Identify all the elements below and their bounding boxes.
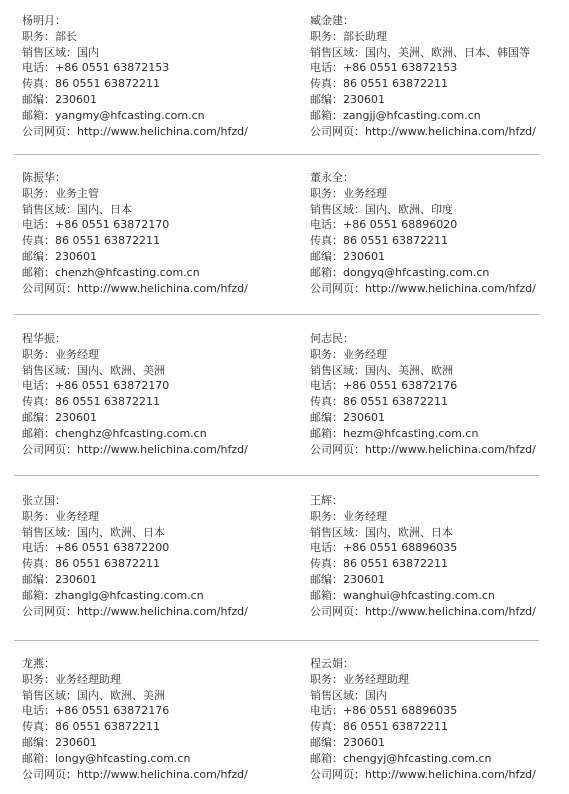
contact-fax-line: 传真：86 0551 63872211 <box>22 394 248 410</box>
title-value: 业务经理助理 <box>55 673 121 686</box>
postcode-value: 230601 <box>343 736 385 749</box>
fax-value: 86 0551 63872211 <box>343 395 448 408</box>
postcode-value: 230601 <box>343 411 385 424</box>
contact-postcode-line: 邮编：230601 <box>22 249 248 265</box>
divider <box>14 314 539 315</box>
divider <box>14 640 539 641</box>
phone-value: +86 0551 63872170 <box>55 379 169 392</box>
divider <box>14 154 539 155</box>
contact-postcode-line: 邮编：230601 <box>22 92 248 108</box>
website-label: 公司网页： <box>310 605 365 618</box>
title-label: 职务： <box>22 348 55 361</box>
contact-region-line: 销售区域：国内、欧洲、日本 <box>310 525 536 541</box>
contact-website-line: 公司网页：http://www.helichina.com/hfzd/ <box>22 604 248 620</box>
contact-card: 杨明月： 职务：部长 销售区域：国内 电话：+86 0551 63872153 … <box>22 13 248 139</box>
fax-value: 86 0551 63872211 <box>55 557 160 570</box>
email-label: 邮箱： <box>310 266 343 279</box>
contact-region-line: 销售区域：国内、欧洲、日本 <box>22 525 248 541</box>
fax-label: 传真： <box>310 720 343 733</box>
email-label: 邮箱： <box>310 589 343 602</box>
fax-value: 86 0551 63872211 <box>55 720 160 733</box>
contact-region-line: 销售区域：国内、欧洲、美洲 <box>22 688 248 704</box>
postcode-value: 230601 <box>55 736 97 749</box>
contact-postcode-line: 邮编：230601 <box>22 572 248 588</box>
region-value: 国内 <box>77 46 99 59</box>
phone-label: 电话： <box>310 704 343 717</box>
title-label: 职务： <box>22 187 55 200</box>
contact-phone-line: 电话：+86 0551 68896035 <box>310 540 536 556</box>
website-link[interactable]: http://www.helichina.com/hfzd/ <box>77 443 248 456</box>
email-label: 邮箱： <box>22 109 55 122</box>
email-value[interactable]: zhanglg@hfcasting.com.cn <box>55 589 204 602</box>
contact-email-line: 邮箱：zhanglg@hfcasting.com.cn <box>22 588 248 604</box>
email-label: 邮箱： <box>22 427 55 440</box>
website-link[interactable]: http://www.helichina.com/hfzd/ <box>77 125 248 138</box>
contact-fax-line: 传真：86 0551 63872211 <box>310 233 536 249</box>
email-label: 邮箱： <box>22 266 55 279</box>
phone-label: 电话： <box>22 61 55 74</box>
contact-title-line: 职务：业务经理 <box>22 509 248 525</box>
contact-name: 杨明月： <box>22 13 248 29</box>
contact-card: 程云娟： 职务：业务经理助理 销售区域：国内 电话：+86 0551 68896… <box>310 656 536 782</box>
email-value[interactable]: zangjj@hfcasting.com.cn <box>343 109 481 122</box>
postcode-label: 邮编： <box>310 250 343 263</box>
phone-label: 电话： <box>22 218 55 231</box>
website-label: 公司网页： <box>22 605 77 618</box>
contact-name: 臧金建： <box>310 13 536 29</box>
title-label: 职务： <box>310 673 343 686</box>
fax-value: 86 0551 63872211 <box>55 395 160 408</box>
region-value: 国内、日本 <box>77 203 132 216</box>
contact-website-line: 公司网页：http://www.helichina.com/hfzd/ <box>310 281 536 297</box>
email-value[interactable]: chengyj@hfcasting.com.cn <box>343 752 492 765</box>
phone-value: +86 0551 68896035 <box>343 541 457 554</box>
title-value: 业务经理 <box>55 510 99 523</box>
website-link[interactable]: http://www.helichina.com/hfzd/ <box>365 768 536 781</box>
contact-card: 龙燕： 职务：业务经理助理 销售区域：国内、欧洲、美洲 电话：+86 0551 … <box>22 656 248 782</box>
region-label: 销售区域： <box>310 203 365 216</box>
contact-region-line: 销售区域：国内、日本 <box>22 202 248 218</box>
contact-name: 张立国： <box>22 493 248 509</box>
fax-value: 86 0551 63872211 <box>343 77 448 90</box>
contact-email-line: 邮箱：chengyj@hfcasting.com.cn <box>310 751 536 767</box>
region-label: 销售区域： <box>22 46 77 59</box>
contact-name: 程云娟： <box>310 656 536 672</box>
contact-title-line: 职务：业务经理 <box>310 509 536 525</box>
region-value: 国内、欧洲、美洲 <box>77 689 165 702</box>
contact-title-line: 职务：部长 <box>22 29 248 45</box>
contact-title-line: 职务：部长助理 <box>310 29 536 45</box>
phone-value: +86 0551 68896035 <box>343 704 457 717</box>
title-value: 业务主管 <box>55 187 99 200</box>
postcode-value: 230601 <box>55 250 97 263</box>
phone-value: +86 0551 63872153 <box>55 61 169 74</box>
fax-value: 86 0551 63872211 <box>55 77 160 90</box>
website-label: 公司网页： <box>22 282 77 295</box>
phone-label: 电话： <box>310 218 343 231</box>
title-value: 业务经理 <box>55 348 99 361</box>
fax-label: 传真： <box>310 557 343 570</box>
phone-value: +86 0551 63872170 <box>55 218 169 231</box>
contact-email-line: 邮箱：chenghz@hfcasting.com.cn <box>22 426 248 442</box>
phone-label: 电话： <box>310 379 343 392</box>
region-label: 销售区域： <box>310 689 365 702</box>
website-link[interactable]: http://www.helichina.com/hfzd/ <box>77 282 248 295</box>
contact-phone-line: 电话：+86 0551 63872170 <box>22 378 248 394</box>
fax-value: 86 0551 63872211 <box>55 234 160 247</box>
phone-value: +86 0551 68896020 <box>343 218 457 231</box>
contact-fax-line: 传真：86 0551 63872211 <box>22 76 248 92</box>
fax-value: 86 0551 63872211 <box>343 234 448 247</box>
region-label: 销售区域： <box>22 203 77 216</box>
contact-website-line: 公司网页：http://www.helichina.com/hfzd/ <box>22 124 248 140</box>
contact-website-line: 公司网页：http://www.helichina.com/hfzd/ <box>310 604 536 620</box>
title-value: 业务经理助理 <box>343 673 409 686</box>
contact-card: 臧金建： 职务：部长助理 销售区域：国内、美洲、欧洲、日本、韩国等 电话：+86… <box>310 13 536 139</box>
postcode-label: 邮编： <box>22 250 55 263</box>
contact-region-line: 销售区域：国内 <box>310 688 536 704</box>
website-label: 公司网页： <box>22 125 77 138</box>
contact-email-line: 邮箱：wanghui@hfcasting.com.cn <box>310 588 536 604</box>
contact-email-line: 邮箱：dongyq@hfcasting.com.cn <box>310 265 536 281</box>
website-label: 公司网页： <box>310 768 365 781</box>
contact-region-line: 销售区域：国内、美洲、欧洲 <box>310 363 536 379</box>
email-value[interactable]: dongyq@hfcasting.com.cn <box>343 266 489 279</box>
region-value: 国内、欧洲、美洲 <box>77 364 165 377</box>
fax-label: 传真： <box>22 234 55 247</box>
contact-website-line: 公司网页：http://www.helichina.com/hfzd/ <box>22 281 248 297</box>
contact-phone-line: 电话：+86 0551 68896020 <box>310 217 536 233</box>
website-link[interactable]: http://www.helichina.com/hfzd/ <box>77 768 248 781</box>
postcode-value: 230601 <box>55 573 97 586</box>
email-value[interactable]: chenzh@hfcasting.com.cn <box>55 266 200 279</box>
contact-postcode-line: 邮编：230601 <box>310 249 536 265</box>
contact-name: 何志民： <box>310 331 536 347</box>
website-link[interactable]: http://www.helichina.com/hfzd/ <box>365 125 536 138</box>
region-value: 国内、欧洲、日本 <box>77 526 165 539</box>
title-label: 职务： <box>22 30 55 43</box>
contact-title-line: 职务：业务经理 <box>22 347 248 363</box>
phone-label: 电话： <box>310 61 343 74</box>
title-label: 职务： <box>310 30 343 43</box>
contact-email-line: 邮箱：zangjj@hfcasting.com.cn <box>310 108 536 124</box>
region-value: 国内、欧洲、日本 <box>365 526 453 539</box>
contact-email-line: 邮箱：yangmy@hfcasting.com.cn <box>22 108 248 124</box>
title-value: 部长 <box>55 30 77 43</box>
title-label: 职务： <box>22 510 55 523</box>
postcode-label: 邮编： <box>22 411 55 424</box>
website-label: 公司网页： <box>22 443 77 456</box>
postcode-value: 230601 <box>343 93 385 106</box>
region-value: 国内、美洲、欧洲 <box>365 364 453 377</box>
contact-fax-line: 传真：86 0551 63872211 <box>22 233 248 249</box>
fax-label: 传真： <box>22 77 55 90</box>
region-label: 销售区域： <box>22 689 77 702</box>
postcode-value: 230601 <box>55 93 97 106</box>
phone-label: 电话： <box>22 704 55 717</box>
phone-label: 电话： <box>22 379 55 392</box>
contact-postcode-line: 邮编：230601 <box>310 410 536 426</box>
postcode-label: 邮编： <box>310 411 343 424</box>
contact-phone-line: 电话：+86 0551 63872176 <box>22 703 248 719</box>
postcode-label: 邮编： <box>22 573 55 586</box>
title-value: 业务经理 <box>343 187 387 200</box>
contact-fax-line: 传真：86 0551 63872211 <box>310 719 536 735</box>
contact-title-line: 职务：业务经理助理 <box>22 672 248 688</box>
fax-label: 传真： <box>22 557 55 570</box>
contact-phone-line: 电话：+86 0551 63872200 <box>22 540 248 556</box>
contact-postcode-line: 邮编：230601 <box>310 92 536 108</box>
postcode-value: 230601 <box>343 573 385 586</box>
region-value: 国内、欧洲、印度 <box>365 203 453 216</box>
fax-label: 传真： <box>310 77 343 90</box>
phone-value: +86 0551 63872153 <box>343 61 457 74</box>
website-label: 公司网页： <box>22 768 77 781</box>
region-value: 国内 <box>365 689 387 702</box>
contact-phone-line: 电话：+86 0551 63872176 <box>310 378 536 394</box>
title-label: 职务： <box>22 673 55 686</box>
email-value[interactable]: wanghui@hfcasting.com.cn <box>343 589 495 602</box>
contact-name: 王辉： <box>310 493 536 509</box>
website-label: 公司网页： <box>310 443 365 456</box>
title-label: 职务： <box>310 510 343 523</box>
contact-email-line: 邮箱：chenzh@hfcasting.com.cn <box>22 265 248 281</box>
region-label: 销售区域： <box>310 364 365 377</box>
website-label: 公司网页： <box>310 125 365 138</box>
divider <box>14 475 539 476</box>
contact-postcode-line: 邮编：230601 <box>310 572 536 588</box>
phone-value: +86 0551 63872176 <box>55 704 169 717</box>
website-link[interactable]: http://www.helichina.com/hfzd/ <box>365 282 536 295</box>
contact-region-line: 销售区域：国内 <box>22 45 248 61</box>
fax-label: 传真： <box>22 720 55 733</box>
contact-region-line: 销售区域：国内、欧洲、美洲 <box>22 363 248 379</box>
postcode-value: 230601 <box>55 411 97 424</box>
contact-name: 董永全： <box>310 170 536 186</box>
title-value: 部长助理 <box>343 30 387 43</box>
fax-label: 传真： <box>22 395 55 408</box>
postcode-label: 邮编： <box>310 573 343 586</box>
contact-website-line: 公司网页：http://www.helichina.com/hfzd/ <box>22 442 248 458</box>
email-value[interactable]: yangmy@hfcasting.com.cn <box>55 109 205 122</box>
phone-value: +86 0551 63872176 <box>343 379 457 392</box>
contact-phone-line: 电话：+86 0551 68896035 <box>310 703 536 719</box>
contact-website-line: 公司网页：http://www.helichina.com/hfzd/ <box>310 442 536 458</box>
postcode-label: 邮编： <box>22 93 55 106</box>
title-value: 业务经理 <box>343 510 387 523</box>
contact-fax-line: 传真：86 0551 63872211 <box>22 556 248 572</box>
contact-card: 张立国： 职务：业务经理 销售区域：国内、欧洲、日本 电话：+86 0551 6… <box>22 493 248 619</box>
contact-name: 龙燕： <box>22 656 248 672</box>
fax-value: 86 0551 63872211 <box>343 557 448 570</box>
contact-website-line: 公司网页：http://www.helichina.com/hfzd/ <box>310 767 536 783</box>
title-label: 职务： <box>310 187 343 200</box>
contact-postcode-line: 邮编：230601 <box>22 410 248 426</box>
contact-phone-line: 电话：+86 0551 63872170 <box>22 217 248 233</box>
contact-fax-line: 传真：86 0551 63872211 <box>310 394 536 410</box>
website-link[interactable]: http://www.helichina.com/hfzd/ <box>77 605 248 618</box>
contact-postcode-line: 邮编：230601 <box>310 735 536 751</box>
contact-title-line: 职务：业务经理助理 <box>310 672 536 688</box>
email-label: 邮箱： <box>310 427 343 440</box>
fax-value: 86 0551 63872211 <box>343 720 448 733</box>
phone-label: 电话： <box>310 541 343 554</box>
contact-region-line: 销售区域：国内、美洲、欧洲、日本、韩国等 <box>310 45 536 61</box>
contact-title-line: 职务：业务主管 <box>22 186 248 202</box>
contact-card: 董永全： 职务：业务经理 销售区域：国内、欧洲、印度 电话：+86 0551 6… <box>310 170 536 296</box>
region-label: 销售区域： <box>22 364 77 377</box>
contact-phone-line: 电话：+86 0551 63872153 <box>22 60 248 76</box>
contact-card: 陈振华： 职务：业务主管 销售区域：国内、日本 电话：+86 0551 6387… <box>22 170 248 296</box>
contact-title-line: 职务：业务经理 <box>310 186 536 202</box>
website-link[interactable]: http://www.helichina.com/hfzd/ <box>365 605 536 618</box>
contact-region-line: 销售区域：国内、欧洲、印度 <box>310 202 536 218</box>
contact-phone-line: 电话：+86 0551 63872153 <box>310 60 536 76</box>
email-label: 邮箱： <box>22 752 55 765</box>
region-label: 销售区域： <box>22 526 77 539</box>
email-label: 邮箱： <box>310 752 343 765</box>
fax-label: 传真： <box>310 234 343 247</box>
contact-card: 王辉： 职务：业务经理 销售区域：国内、欧洲、日本 电话：+86 0551 68… <box>310 493 536 619</box>
contact-email-line: 邮箱：longy@hfcasting.com.cn <box>22 751 248 767</box>
postcode-label: 邮编： <box>310 93 343 106</box>
region-value: 国内、美洲、欧洲、日本、韩国等 <box>365 46 530 59</box>
email-value[interactable]: chenghz@hfcasting.com.cn <box>55 427 207 440</box>
email-label: 邮箱： <box>22 589 55 602</box>
contact-name: 陈振华： <box>22 170 248 186</box>
postcode-label: 邮编： <box>22 736 55 749</box>
title-label: 职务： <box>310 348 343 361</box>
postcode-label: 邮编： <box>310 736 343 749</box>
contact-website-line: 公司网页：http://www.helichina.com/hfzd/ <box>310 124 536 140</box>
postcode-value: 230601 <box>343 250 385 263</box>
phone-label: 电话： <box>22 541 55 554</box>
contact-title-line: 职务：业务经理 <box>310 347 536 363</box>
fax-label: 传真： <box>310 395 343 408</box>
contact-fax-line: 传真：86 0551 63872211 <box>22 719 248 735</box>
website-link[interactable]: http://www.helichina.com/hfzd/ <box>365 443 536 456</box>
region-label: 销售区域： <box>310 46 365 59</box>
website-label: 公司网页： <box>310 282 365 295</box>
phone-value: +86 0551 63872200 <box>55 541 169 554</box>
email-value[interactable]: hezm@hfcasting.com.cn <box>343 427 478 440</box>
email-value[interactable]: longy@hfcasting.com.cn <box>55 752 190 765</box>
contact-card: 何志民： 职务：业务经理 销售区域：国内、美洲、欧洲 电话：+86 0551 6… <box>310 331 536 457</box>
contact-name: 程华振： <box>22 331 248 347</box>
contact-fax-line: 传真：86 0551 63872211 <box>310 76 536 92</box>
email-label: 邮箱： <box>310 109 343 122</box>
contact-card: 程华振： 职务：业务经理 销售区域：国内、欧洲、美洲 电话：+86 0551 6… <box>22 331 248 457</box>
contact-fax-line: 传真：86 0551 63872211 <box>310 556 536 572</box>
contact-email-line: 邮箱：hezm@hfcasting.com.cn <box>310 426 536 442</box>
title-value: 业务经理 <box>343 348 387 361</box>
contact-postcode-line: 邮编：230601 <box>22 735 248 751</box>
region-label: 销售区域： <box>310 526 365 539</box>
contact-website-line: 公司网页：http://www.helichina.com/hfzd/ <box>22 767 248 783</box>
